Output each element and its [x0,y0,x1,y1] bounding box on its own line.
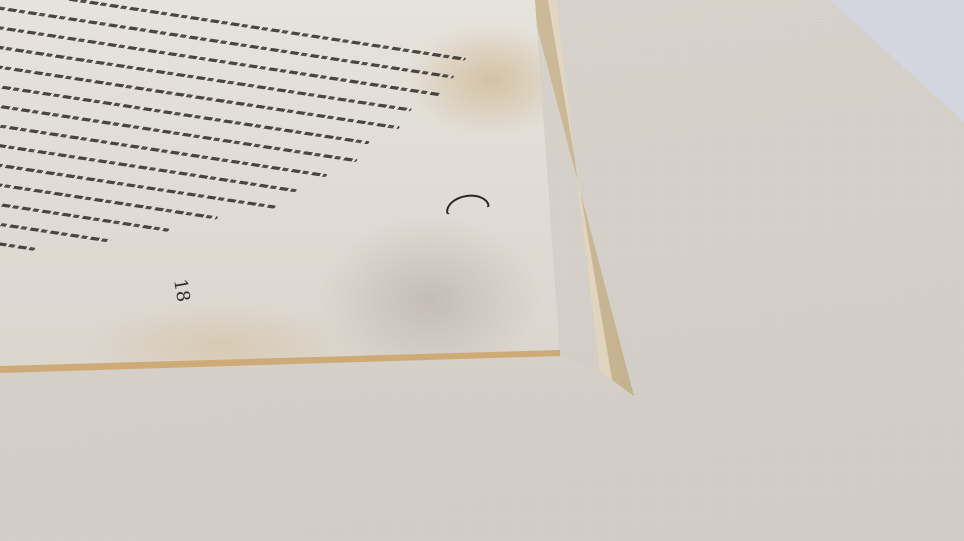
script-flourish [444,191,490,216]
folio-number: 18 [169,277,194,303]
photo-scene: 18 Close-up photograph of the lower-righ… [0,0,964,541]
